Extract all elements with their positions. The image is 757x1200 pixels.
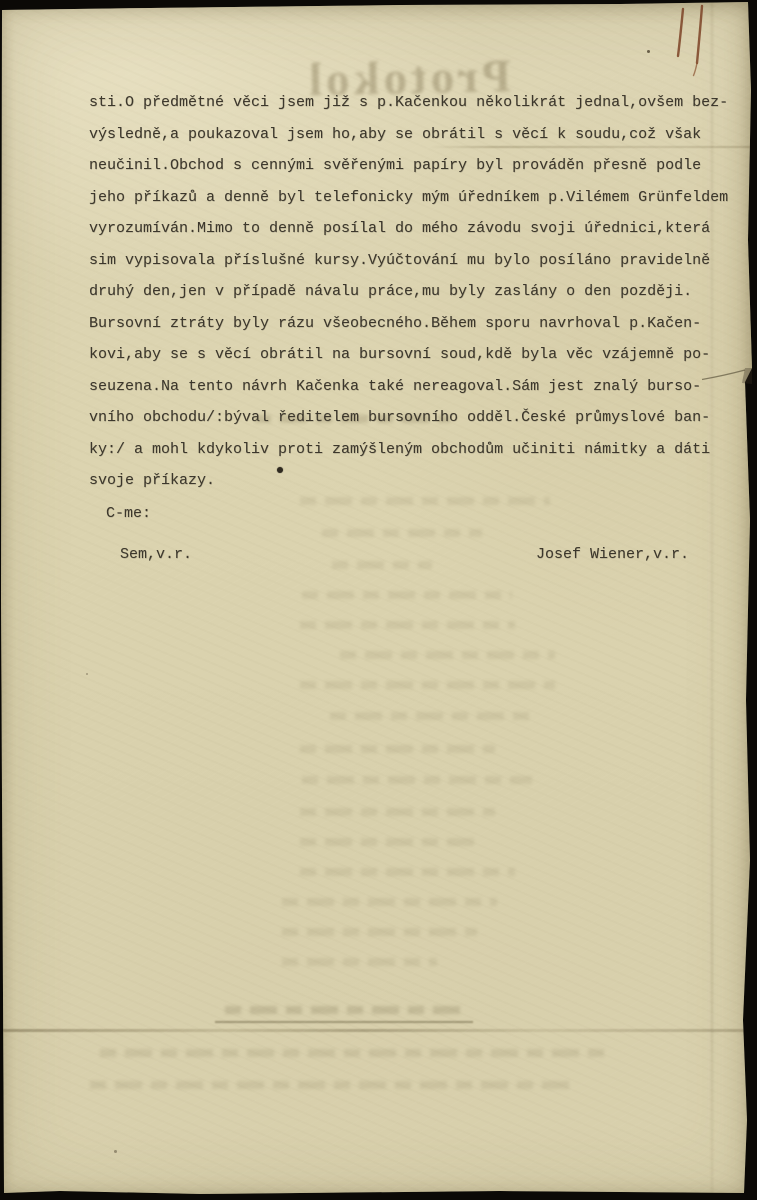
signature-right: Josef Wiener,v.r. — [536, 546, 689, 563]
scan-background: Protokol sti.O předmětné věci jsem již s… — [0, 0, 757, 1200]
bleedthrough-line — [282, 928, 477, 936]
bleedthrough-heading — [225, 1006, 465, 1014]
bleedthrough-line — [302, 776, 532, 784]
bleedthrough-line — [300, 745, 495, 753]
bleedthrough-line — [332, 561, 432, 569]
fold-crease — [0, 1029, 757, 1032]
paper-speck — [647, 50, 650, 53]
bleedthrough-line — [302, 591, 512, 599]
bleedthrough-line — [300, 868, 515, 876]
bleedthrough-line — [340, 651, 555, 659]
ink-dot — [277, 467, 283, 473]
bleedthrough-line — [322, 529, 482, 537]
paper-speck — [114, 1150, 117, 1153]
paper-speck — [86, 673, 88, 675]
bleedthrough-line — [100, 1049, 605, 1057]
closing-label: C-me: — [106, 505, 151, 522]
bleedthrough-line — [300, 681, 555, 689]
signature-left: Sem,v.r. — [120, 546, 192, 563]
typed-body-paragraph: sti.O předmětné věci jsem již s p.Kačenk… — [89, 87, 749, 497]
bleedthrough-line — [300, 808, 495, 816]
document-page: Protokol sti.O předmětné věci jsem již s… — [0, 0, 757, 1200]
bleedthrough-line — [282, 958, 437, 966]
bleedthrough-line — [300, 838, 475, 846]
bleedthrough-line — [300, 497, 550, 505]
bleedthrough-line — [330, 712, 535, 720]
bleedthrough-line — [300, 621, 515, 629]
bleedthrough-line — [282, 898, 497, 906]
bleedthrough-line — [90, 1081, 570, 1089]
bleedthrough-underline — [215, 1021, 473, 1023]
